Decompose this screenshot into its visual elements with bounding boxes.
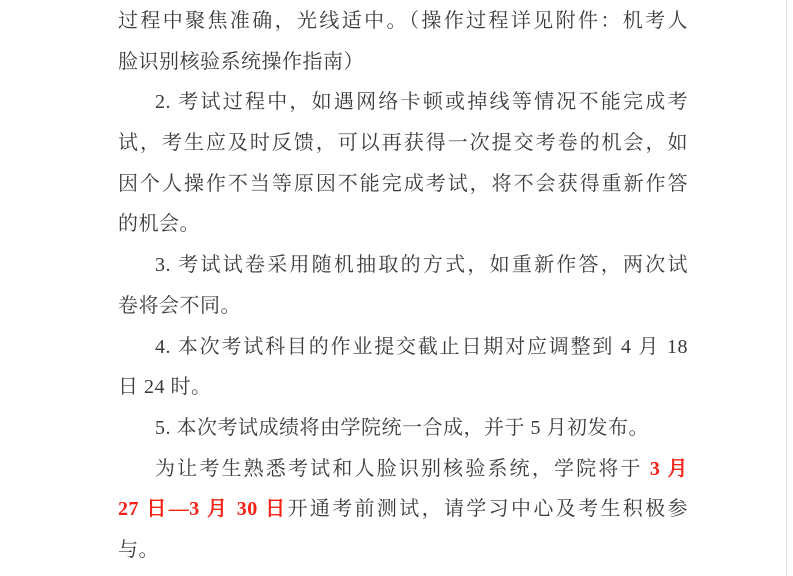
body-text: 4. 本次考试科目的作业提交截止日期对应调整到 4 月 18: [155, 336, 688, 358]
text-line: 脸识别核验系统操作指南）: [118, 42, 688, 83]
text-line: 因个人操作不当等原因不能完成考试，将不会获得重新作答: [118, 164, 688, 205]
text-line: 卷将会不同。: [118, 286, 688, 327]
highlighted-date-text: 3 月: [650, 458, 688, 480]
text-line: 5. 本次考试成绩将由学院统一合成，并于 5 月初发布。: [118, 408, 688, 449]
body-text: 日 24 时。: [118, 376, 212, 398]
text-line: 试，考生应及时反馈，可以再获得一次提交考卷的机会，如: [118, 123, 688, 164]
text-line: 4. 本次考试科目的作业提交截止日期对应调整到 4 月 18: [118, 327, 688, 368]
text-line: 过程中聚焦准确，光线适中。（操作过程详见附件：机考人: [118, 1, 688, 42]
document-page: 过程中聚焦准确，光线适中。（操作过程详见附件：机考人脸识别核验系统操作指南）2.…: [0, 0, 793, 576]
body-text: 卷将会不同。: [118, 295, 241, 317]
text-line: 3. 考试试卷采用随机抽取的方式，如重新作答，两次试: [118, 245, 688, 286]
body-text: 过程中聚焦准确，光线适中。（操作过程详见附件：机考人: [118, 10, 688, 32]
body-text: 与。: [118, 539, 159, 561]
document-text-block: 过程中聚焦准确，光线适中。（操作过程详见附件：机考人脸识别核验系统操作指南）2.…: [118, 1, 688, 571]
highlighted-date-text: 27 日—3 月 30 日: [118, 498, 287, 520]
text-line: 为让考生熟悉考试和人脸识别核验系统，学院将于 3 月: [118, 449, 688, 490]
body-text: 因个人操作不当等原因不能完成考试，将不会获得重新作答: [118, 173, 688, 195]
body-text: 试，考生应及时反馈，可以再获得一次提交考卷的机会，如: [118, 132, 688, 154]
body-text: 5. 本次考试成绩将由学院统一合成，并于 5 月初发布。: [155, 417, 649, 439]
text-line: 与。: [118, 530, 688, 571]
body-text: 脸识别核验系统操作指南）: [118, 51, 364, 73]
text-line: 2. 考试过程中，如遇网络卡顿或掉线等情况不能完成考: [118, 82, 688, 123]
body-text: 为让考生熟悉考试和人脸识别核验系统，学院将于: [155, 458, 650, 480]
text-line: 27 日—3 月 30 日开通考前测试，请学习中心及考生积极参: [118, 489, 688, 530]
text-line: 的机会。: [118, 204, 688, 245]
text-line: 日 24 时。: [118, 367, 688, 408]
body-text: 的机会。: [118, 213, 200, 235]
body-text: 2. 考试过程中，如遇网络卡顿或掉线等情况不能完成考: [155, 91, 688, 113]
page-right-edge-line: [786, 0, 787, 576]
body-text: 3. 考试试卷采用随机抽取的方式，如重新作答，两次试: [155, 254, 688, 276]
body-text: 开通考前测试，请学习中心及考生积极参: [287, 498, 688, 520]
